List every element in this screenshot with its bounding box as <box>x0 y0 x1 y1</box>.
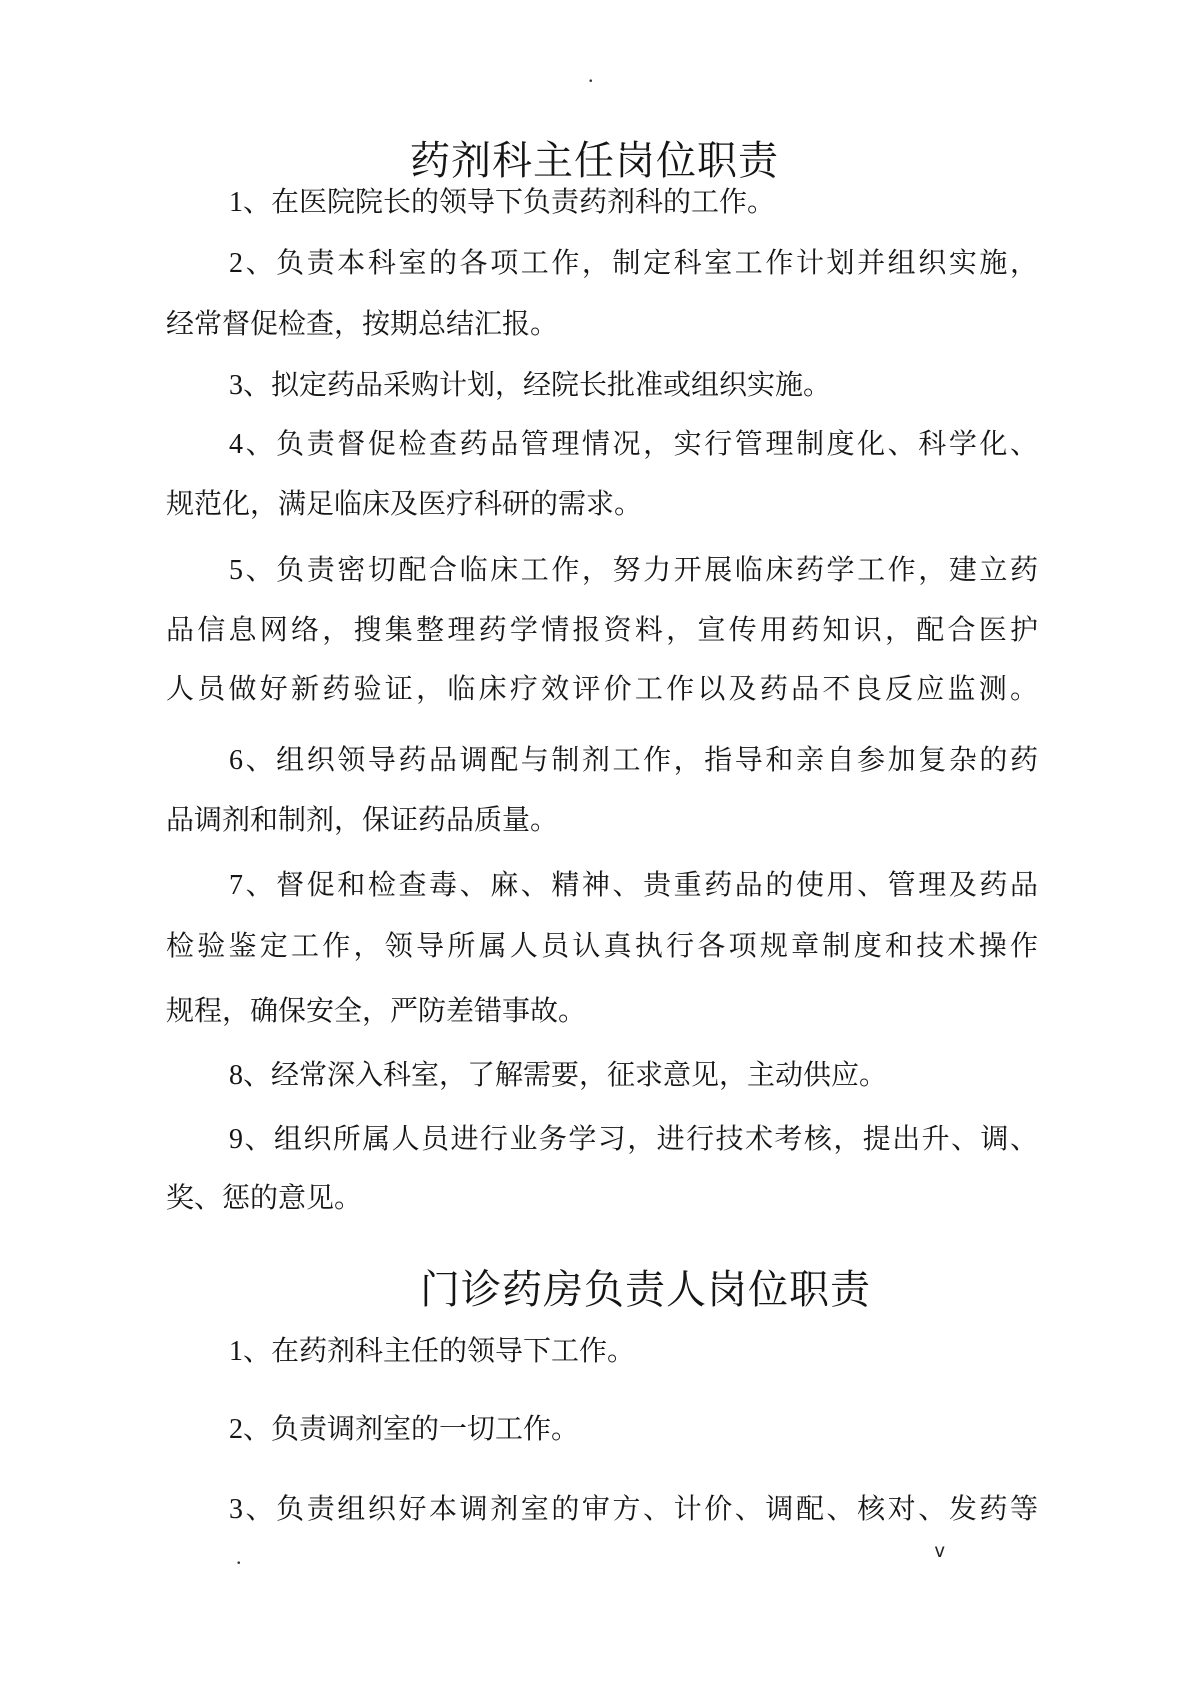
section1-title: 药剂科主任岗位职责 <box>0 135 1189 187</box>
body-line: 5、负责密切配合临床工作，努力开展临床药学工作，建立药 <box>166 551 1038 591</box>
body-line: 2、负责调剂室的一切工作。 <box>166 1410 1038 1450</box>
body-line: 1、在药剂科主任的领导下工作。 <box>166 1332 1038 1372</box>
body-line: 检验鉴定工作，领导所属人员认真执行各项规章制度和技术操作 <box>166 927 1038 967</box>
document-page: . 药剂科主任岗位职责 1、在医院院长的领导下负责药剂科的工作。 2、负责本科室… <box>0 0 1189 1682</box>
stray-v-mark: v <box>934 1546 945 1556</box>
stray-period-mark-top: . <box>588 70 594 80</box>
body-line: 经常督促检查，按期总结汇报。 <box>166 305 1038 345</box>
body-line: 2、负责本科室的各项工作，制定科室工作计划并组织实施， <box>166 244 1038 284</box>
stray-period-mark-bottom: . <box>236 1552 242 1562</box>
body-line: 7、督促和检查毒、麻、精神、贵重药品的使用、管理及药品 <box>166 866 1038 906</box>
body-line: 品信息网络，搜集整理药学情报资料，宣传用药知识，配合医护 <box>166 611 1038 651</box>
body-line: 规程，确保安全，严防差错事故。 <box>166 992 1038 1032</box>
body-line: 人员做好新药验证，临床疗效评价工作以及药品不良反应监测。 <box>166 670 1038 710</box>
body-line: 4、负责督促检查药品管理情况，实行管理制度化、科学化、 <box>166 425 1038 465</box>
body-line: 奖、惩的意见。 <box>166 1179 1038 1219</box>
body-line: 3、负责组织好本调剂室的审方、计价、调配、核对、发药等 <box>166 1490 1038 1530</box>
body-line: 8、经常深入科室，了解需要，征求意见，主动供应。 <box>166 1056 1038 1096</box>
body-line: 3、拟定药品采购计划，经院长批准或组织实施。 <box>166 366 1038 406</box>
body-line: 规范化，满足临床及医疗科研的需求。 <box>166 485 1038 525</box>
section2-title: 门诊药房负责人岗位职责 <box>420 1264 871 1316</box>
body-line: 9、组织所属人员进行业务学习，进行技术考核，提出升、调、 <box>166 1120 1038 1160</box>
body-line: 6、组织领导药品调配与制剂工作，指导和亲自参加复杂的药 <box>166 741 1038 781</box>
body-line: 1、在医院院长的领导下负责药剂科的工作。 <box>166 183 1038 223</box>
body-line: 品调剂和制剂，保证药品质量。 <box>166 801 1038 841</box>
